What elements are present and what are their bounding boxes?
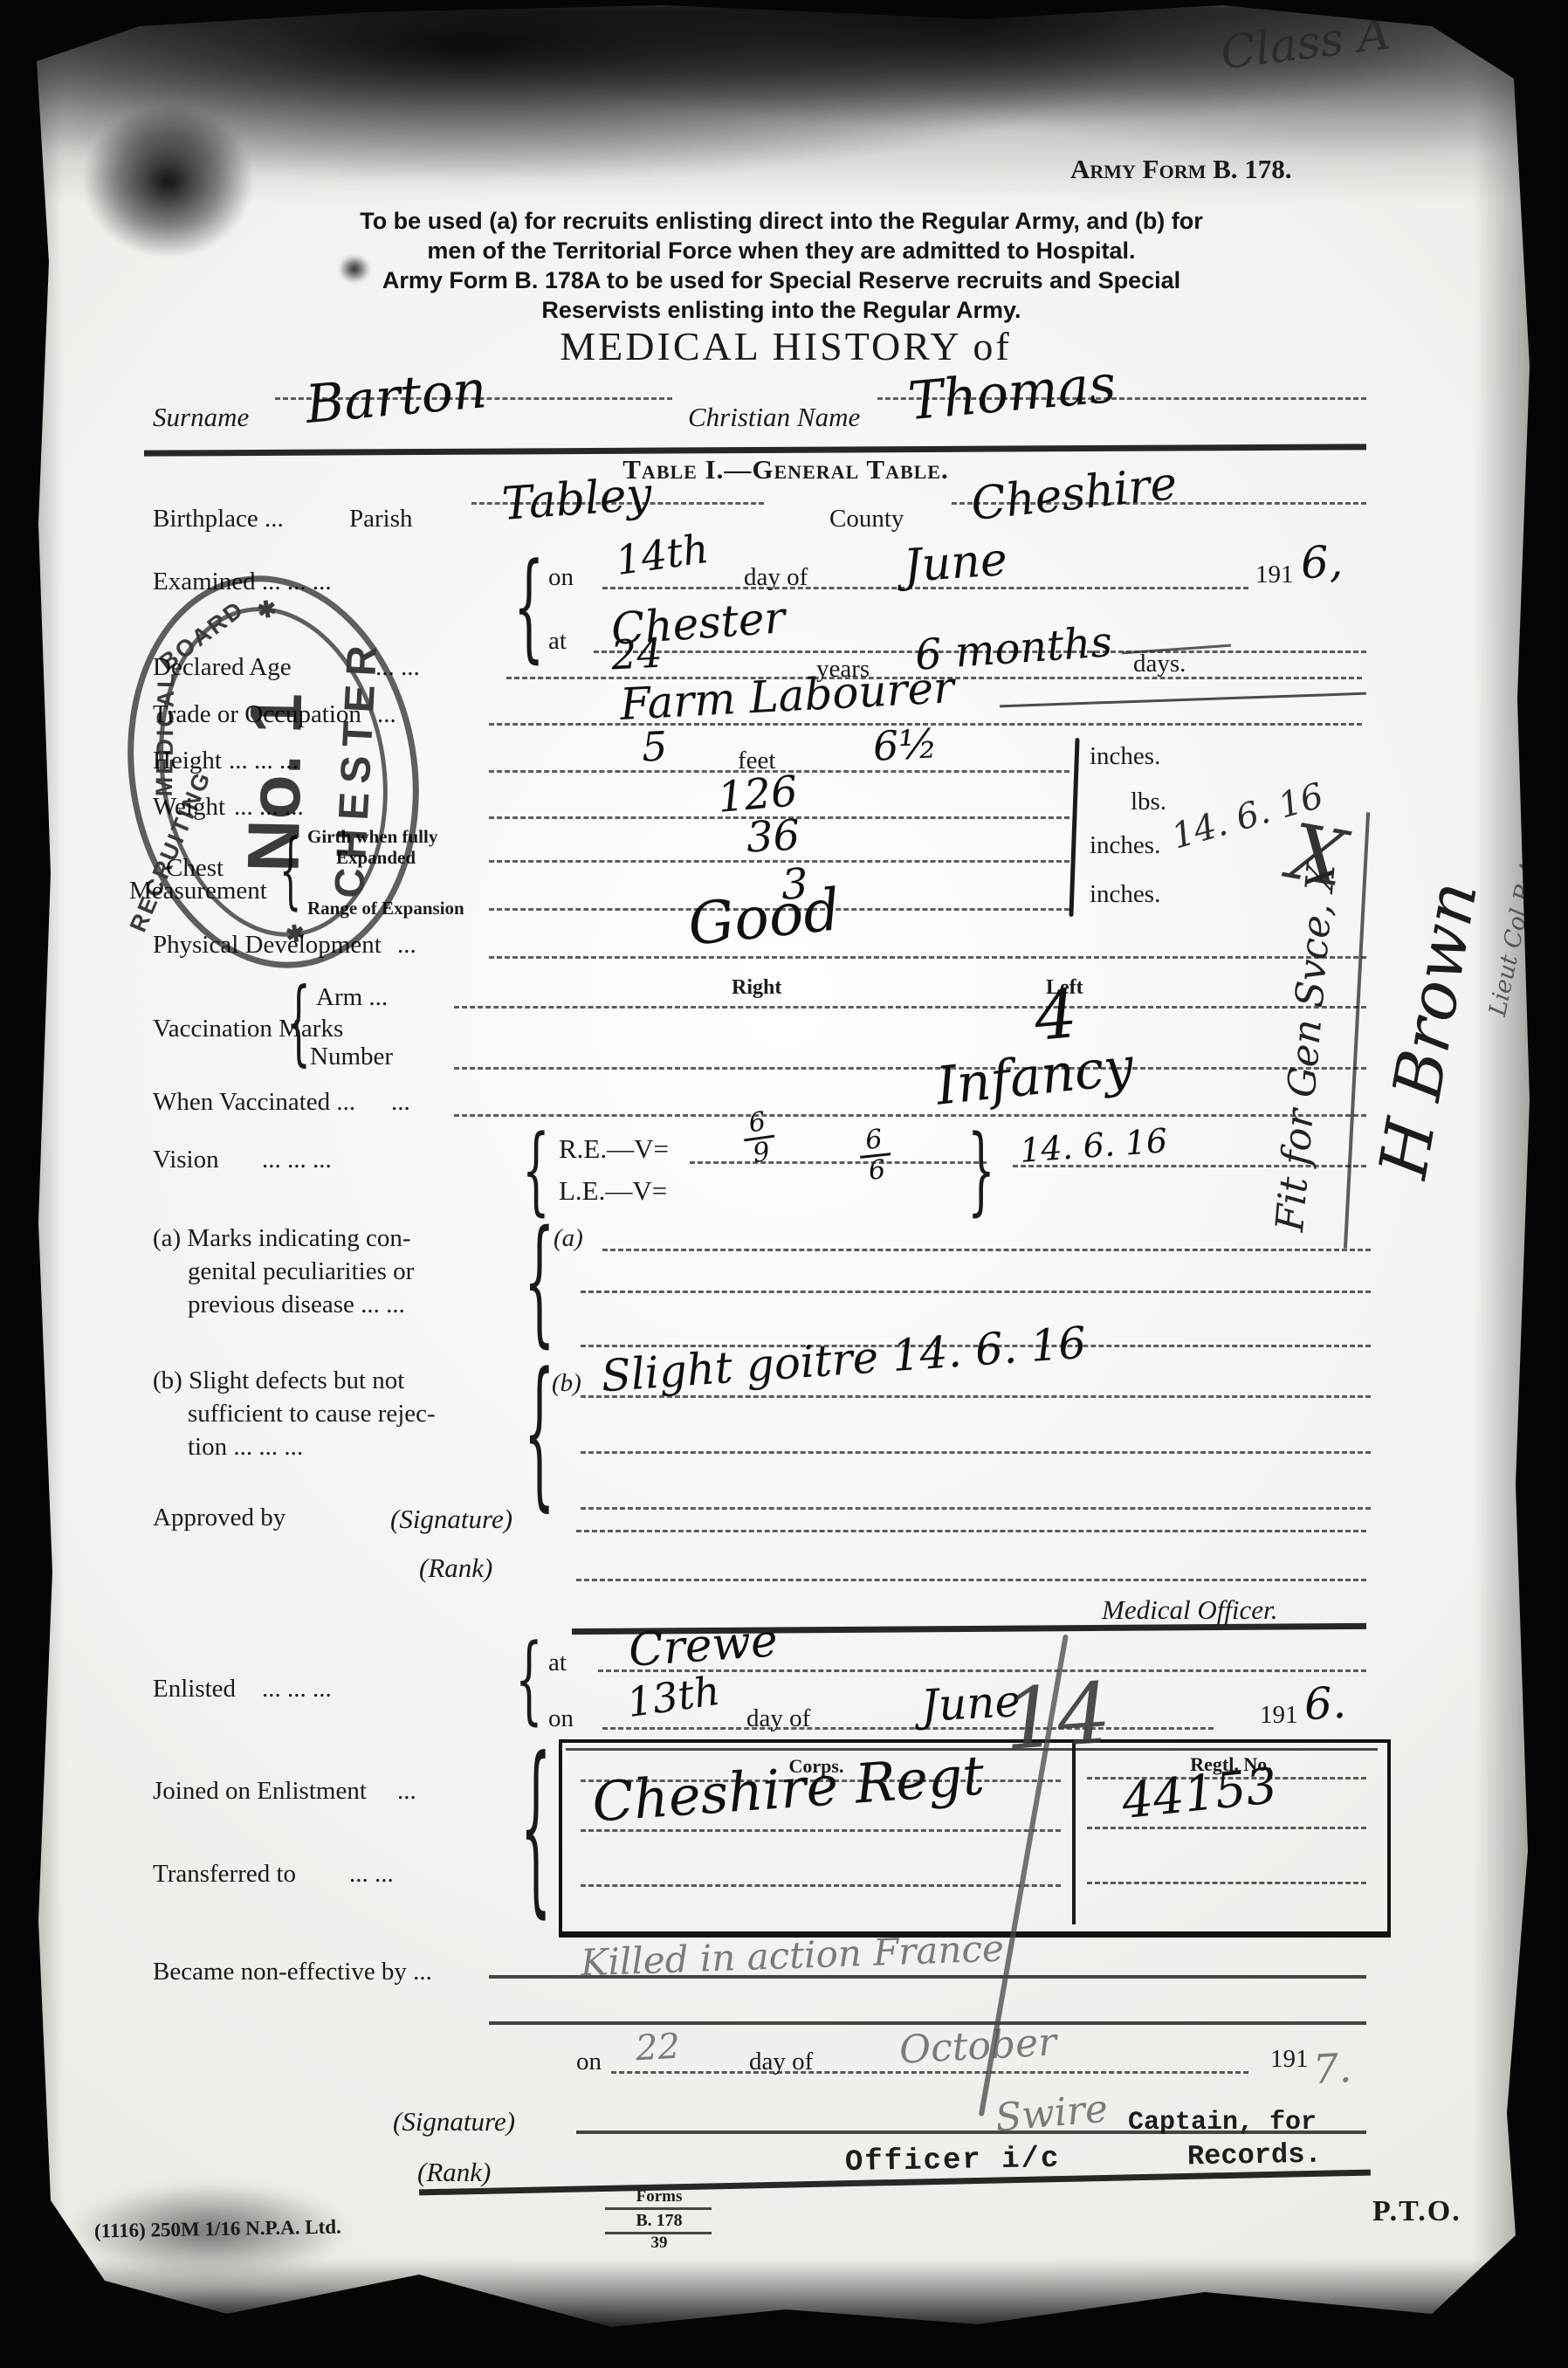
instruction-line: Reservists enlisting into the Regular Ar… (122, 295, 1441, 325)
scanned-document-page: Class A Army Form B. 178. To be used (a)… (0, 0, 1568, 2368)
christian-name-label: Christian Name (688, 402, 860, 433)
approved-by-label: Approved by (153, 1504, 285, 1532)
parish-value: Tabley (500, 468, 653, 531)
records-label: Records. (1187, 2138, 1322, 2173)
birthplace-label: Birthplace ... (153, 505, 284, 533)
pto-label: P.T.O. (1372, 2195, 1461, 2228)
range-unit: inches. (1090, 880, 1160, 909)
joined-label: Joined on Enlistment (153, 1777, 367, 1806)
examined-month-value: June (902, 533, 1009, 593)
marks-a-line1: (a) Marks indicating con- (153, 1224, 411, 1253)
enlisted-year-hand: 6. (1303, 1677, 1348, 1730)
vision-date: 14. 6. 16 (1019, 1121, 1169, 1170)
examined-on-label: on (548, 563, 574, 592)
defects-b-line2: sufficient to cause rejec- (188, 1400, 436, 1428)
vision-close-brace: } (967, 1122, 995, 1218)
examined-dayof-label: day of (744, 563, 808, 592)
vaccination-number-label: Number (310, 1043, 393, 1071)
marks-a-tag: (a) (554, 1224, 583, 1253)
defects-b-rule-1 (581, 1395, 1371, 1398)
margin-signature: H Brown (1364, 876, 1492, 1184)
form-number: Army Form B. 178. (1070, 154, 1292, 185)
approved-rank-rule (576, 1579, 1366, 1581)
forms-stack-number: B. 178 (607, 2211, 712, 2231)
form-instructions: To be used (a) for recruits enlisting di… (122, 206, 1441, 325)
when-vaccinated-value: Infancy (933, 1036, 1137, 1117)
vaccination-arm-rule (454, 1006, 1366, 1008)
vision-mid-rule (690, 1161, 987, 1164)
column-right-header: Right (732, 976, 781, 1000)
trade-value: Farm Labourer (619, 662, 956, 730)
lbs-label: lbs. (1131, 788, 1166, 816)
physical-development-value: Good (684, 876, 843, 959)
vision-re-numerator: 6 (747, 1108, 767, 1138)
forms-stack-label: Forms (607, 2187, 712, 2206)
bottom-dark-band (0, 2260, 1568, 2368)
examined-year-printed: 191 (1255, 561, 1294, 589)
height-inches-value: 6½ (872, 719, 939, 770)
approved-rank-label: (Rank) (419, 1552, 492, 1584)
instruction-line: To be used (a) for recruits enlisting di… (122, 206, 1441, 236)
vaccination-marks-label: Vaccination Marks (153, 1015, 343, 1043)
examined-day-value: 14th (613, 525, 712, 584)
vision-label: Vision (153, 1146, 219, 1174)
non-effective-rule-2 (489, 2021, 1366, 2025)
left-edge-shading (0, 0, 63, 2368)
enlisted-dots: ... ... ... (262, 1675, 332, 1704)
when-vaccinated-dots: ... (391, 1088, 410, 1117)
defects-b-rule-2 (581, 1451, 1371, 1454)
class-annotation: Class A (1218, 7, 1393, 79)
non-effective-month-value: October (898, 2020, 1058, 2072)
defects-b-tag: (b) (552, 1369, 581, 1398)
surname-label: Surname (153, 402, 249, 433)
marks-a-brace: { (524, 1215, 555, 1353)
marks-a-line3: previous disease ... ... (188, 1291, 405, 1319)
height-inches-label: inches. (1090, 742, 1160, 771)
recruiting-medical-board-stamp: ✱ ✱ RECRUITING MEDICAL BOARD No. 1 CHEST… (100, 554, 447, 989)
non-effective-on-label: on (576, 2048, 602, 2076)
vaccination-brace: { (286, 978, 311, 1070)
parish-label: Parish (349, 505, 413, 533)
examined-at-label: at (548, 627, 567, 656)
stamp-word-medical: MEDICAL (151, 671, 181, 797)
final-rank-label: (Rank) (417, 2157, 491, 2188)
defects-b-value: Slight goitre 14. 6. 16 (600, 1318, 1088, 1402)
fit-note-annotation: Fit for Gen Svce, X (1268, 862, 1344, 1233)
defects-b-rule-3 (581, 1507, 1371, 1510)
final-signature-label: (Signature) (393, 2106, 515, 2137)
stamp-star-top: ✱ (256, 595, 279, 624)
marks-a-rule-1 (602, 1249, 1371, 1251)
vision-le-value: 6 6 (857, 1123, 894, 1185)
physical-development-rule (489, 956, 1366, 959)
girth-unit: inches. (1090, 831, 1160, 860)
joined-dots: ... (397, 1777, 416, 1806)
enlisted-label: Enlisted (153, 1675, 236, 1704)
enlisted-year-printed: 191 (1260, 1701, 1298, 1730)
medical-officer-label: Medical Officer. (1102, 1594, 1277, 1626)
enlisted-on-label: on (548, 1704, 574, 1733)
county-label: County (829, 505, 904, 533)
instruction-line: Army Form B. 178A to be used for Special… (122, 265, 1441, 295)
non-effective-day-value: 22 (635, 2027, 681, 2069)
trade-flourish (1000, 692, 1366, 708)
forms-stack-sub: 39 (607, 2234, 712, 2253)
non-effective-dayof-label: day of (749, 2048, 813, 2076)
vision-le-label: L.E.—V= (559, 1175, 667, 1207)
approved-signature-label: (Signature) (390, 1504, 512, 1535)
vision-le-denominator: 6 (860, 1153, 894, 1186)
examined-year-hand: 6, (1300, 536, 1344, 589)
joined-brace: { (520, 1738, 552, 1924)
paper-sheet: Class A Army Form B. 178. To be used (a)… (0, 0, 1568, 2368)
enlisted-brace: { (515, 1631, 543, 1727)
stamp-center-number: No. 1 (231, 686, 320, 880)
girth-value: 36 (746, 810, 801, 862)
instruction-line: men of the Territorial Force when they a… (122, 236, 1441, 265)
enlisted-at-label: at (548, 1649, 567, 1677)
captain-for-label: Captain, for (1128, 2108, 1317, 2137)
stamp-star-bottom: ✱ (284, 919, 306, 949)
margin-stroke (1344, 812, 1370, 1249)
marks-a-rule-2 (581, 1291, 1371, 1293)
days-label: days. (1133, 650, 1186, 678)
enlisted-on-rule (602, 1727, 1214, 1730)
when-vaccinated-rule (454, 1114, 1366, 1117)
non-effective-on-rule (611, 2071, 1248, 2074)
officer-ic-stamp: Officer i/c (845, 2143, 1061, 2179)
transferred-label: Transferred to (153, 1860, 296, 1889)
edge-note-annotation: Lieut Col R.A.M.C. (1484, 795, 1557, 1019)
transferred-rule-right (1087, 1882, 1366, 1884)
defects-b-line3: tion ... ... ... (188, 1433, 303, 1462)
vaccination-arm-label: Arm ... (316, 983, 388, 1012)
transferred-rule-left (581, 1884, 1061, 1887)
examined-brace: { (513, 550, 545, 667)
forms-stack-rule-1 (605, 2207, 712, 2210)
approved-signature-rule (576, 1530, 1366, 1532)
height-feet-value: 5 (641, 722, 669, 770)
vision-re-label: R.E.—V= (559, 1133, 669, 1165)
right-edge-shading (1474, 0, 1568, 2368)
defects-b-brace: { (524, 1355, 555, 1517)
vaccination-number-rule (454, 1067, 1366, 1070)
surname-value: Barton (303, 359, 489, 436)
printer-imprint: (1116) 250M 1/16 N.P.A. Ltd. (94, 2216, 341, 2243)
marks-a-line2: genital peculiarities or (188, 1257, 414, 1286)
non-effective-label: Became non-effective by ... (153, 1958, 432, 1986)
defects-b-line1: (b) Slight defects but not (153, 1366, 404, 1395)
non-effective-year-hand: 7. (1312, 2044, 1353, 2093)
when-vaccinated-label: When Vaccinated ... (153, 1088, 355, 1117)
vision-le-numerator: 6 (864, 1125, 884, 1154)
vision-re-denominator: 9 (744, 1134, 779, 1168)
enlisted-dayof-label: day of (746, 1704, 810, 1733)
transferred-dots: ... ... (349, 1860, 394, 1889)
non-effective-year-printed: 191 (1270, 2045, 1309, 2074)
units-brace-line (1069, 738, 1079, 917)
vision-dots: ... ... ... (262, 1146, 332, 1174)
declared-age-value: 24 (610, 630, 664, 679)
box-divider (1072, 1743, 1076, 1924)
